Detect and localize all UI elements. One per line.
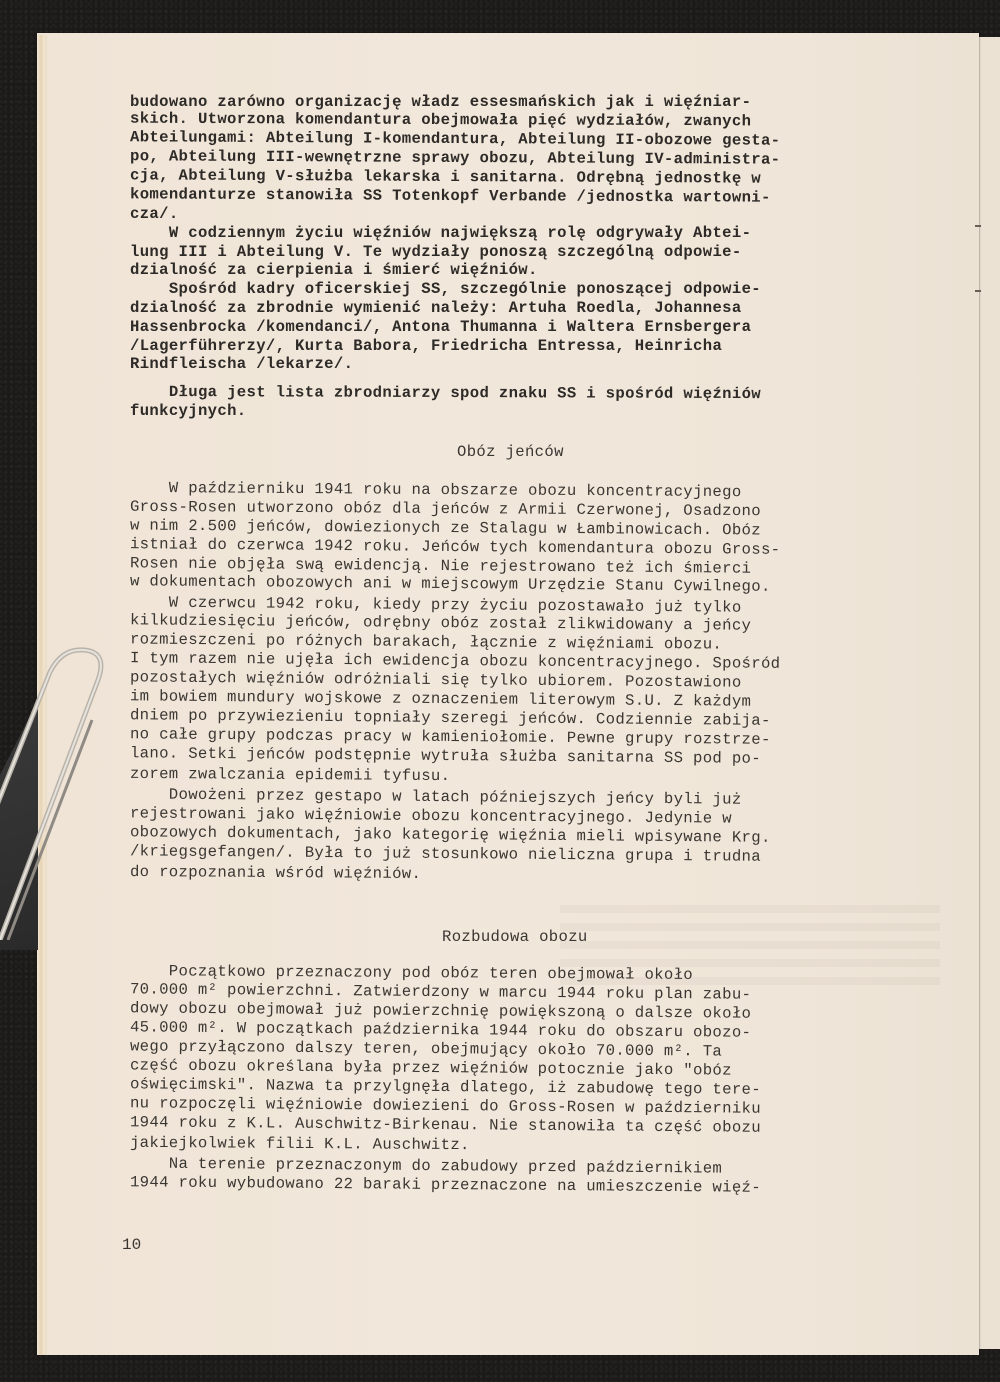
text-line: lung III i Abteilung V. Te wydziały pono… [130,243,742,261]
text-line: komendanturze stanowiła SS Totenkopf Ver… [130,185,771,206]
adjacent-page-edge [978,37,1000,1349]
text-line: Długa jest lista zbrodniarzy spod znaku … [130,383,761,403]
text-line: budowano zarówno organizację władz esses… [130,93,751,111]
text-line: Hassenbrocka /komendanci/, Antona Thuman… [130,318,751,336]
section-heading: Rozbudowa obozu [442,928,588,946]
text-line: zorem zwalczania epidemii tyfusu. [130,765,450,785]
text-line: funkcyjnych. [130,402,247,420]
page-number: 10 [122,1236,141,1254]
fold-mark [975,290,981,292]
text-line: do rozpoznania wśród więźniów. [130,863,421,883]
text-line: po, Abteilung III-wewnętrzne sprawy oboz… [130,147,781,168]
text-line: cja, Abteilung V-służba lekarska i sanit… [130,166,761,187]
text-line: dzialność za cierpienia i śmierć więźnió… [130,261,538,279]
text-line: cza/. [130,205,179,223]
section-heading: Obóz jeńców [457,443,564,461]
text-line: dzialność za zbrodnie wymienić należy: A… [130,299,742,317]
fold-mark [975,225,981,227]
text-line: W codziennym życiu więźniów największą r… [130,224,751,242]
text-line: skich. Utworzona komendantura obejmowała… [130,110,751,131]
text-line: jakiejkolwiek filii K.L. Auschwitz. [130,1134,470,1154]
text-line: /Lagerführerzy/, Kurta Babora, Friedrich… [130,337,722,355]
text-line: Rindfleischa /lekarze/. [130,355,353,373]
text-line: Spośród kadry oficerskiej SS, szczególni… [130,280,761,298]
text-line: Abteilungami: Abteilung I-komendantura, … [130,128,781,149]
paperclip-icon [0,640,110,940]
